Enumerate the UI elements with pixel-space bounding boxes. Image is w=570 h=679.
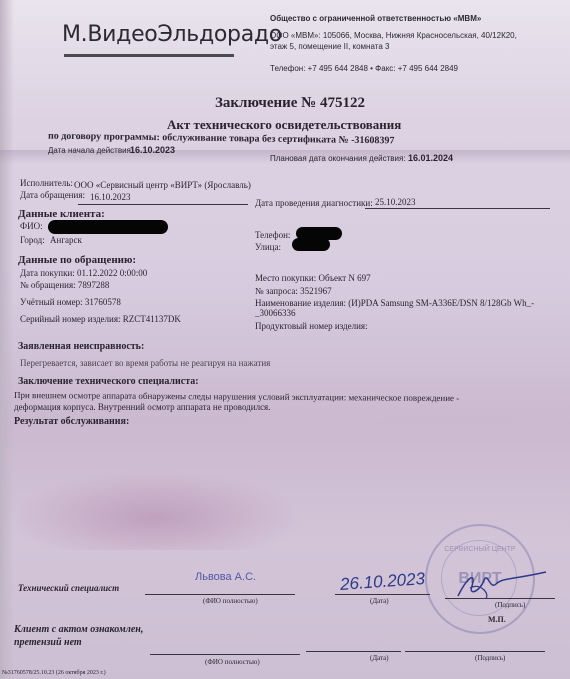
city-value: Ангарск	[50, 235, 82, 245]
query-number: № запроса: 3521967	[255, 286, 332, 296]
executor-label: Исполнитель:	[20, 178, 73, 188]
tech-date-caption: (Дата)	[370, 597, 389, 605]
phone-label: Телефон:	[255, 230, 290, 240]
street-label: Улица:	[255, 242, 281, 252]
defect-text: Перегревается, зависает во время работы …	[20, 358, 270, 368]
tech-date-line	[335, 594, 430, 595]
street-redacted	[292, 238, 330, 251]
end-date-label: Плановая дата окончания действия:	[270, 154, 406, 163]
client-date-line	[306, 651, 401, 652]
stamp-top-text: СЕРВИСНЫЙ ЦЕНТР	[427, 546, 533, 553]
paper-edge-shadow	[0, 0, 14, 679]
purchase-date: Дата покупки: 01.12.2022 0:00:00	[20, 268, 147, 278]
company-logo: М.ВидеоЭльдорадо	[62, 22, 282, 47]
company-name: Общество с ограниченной ответственностью…	[270, 14, 481, 23]
request-date-value: 16.10.2023	[90, 192, 131, 202]
client-fio-line	[150, 654, 300, 655]
client-ack-line2: претензий нет	[14, 637, 82, 648]
footer-reference: №31760578/25.10.23 (26 октября 2023 г.)	[2, 670, 106, 676]
product-name-line1: Наименование изделия: (И)PDA Samsung SM-…	[255, 298, 534, 308]
request-date-label: Дата обращения:	[20, 190, 85, 200]
diag-date-label: Дата проведения диагностики:	[255, 198, 373, 208]
tech-fio-line	[145, 594, 295, 595]
account-number: Учётный номер: 31760578	[20, 297, 121, 307]
company-address-line1: ООО «МВМ»: 105066, Москва, Нижняя Красно…	[270, 31, 517, 40]
request-heading: Данные по обращению:	[18, 254, 136, 266]
executor-value: ООО «Сервисный центр «ВИРТ» (Ярославль)	[74, 180, 251, 190]
purchase-place: Место покупки: Объект N 697	[255, 273, 371, 283]
request-number: № обращения: 7897288	[20, 280, 109, 290]
client-sign-caption: (Подпись)	[475, 654, 505, 662]
tech-specialist-label: Технический специалист	[18, 583, 119, 593]
tech-fio-caption: (ФИО полностью)	[203, 597, 258, 605]
company-contacts: Телефон: +7 495 644 2848 • Факс: +7 495 …	[270, 64, 458, 73]
city-label: Город:	[20, 235, 45, 245]
product-number-label: Продуктовый номер изделия:	[255, 321, 368, 331]
client-ack-line1: Клиент с актом ознакомлен,	[14, 624, 143, 635]
request-date-underline	[78, 204, 248, 205]
tech-date-handwritten: 26.10.2023	[339, 569, 425, 595]
client-fio-caption: (ФИО полностью)	[205, 658, 260, 666]
mp-label: М.П.	[488, 615, 506, 624]
document-photo: М.ВидеоЭльдорадо Общество с ограниченной…	[0, 0, 570, 679]
client-heading: Данные клиента:	[18, 208, 105, 220]
tech-sign-line	[445, 598, 555, 599]
client-sign-line	[405, 651, 545, 652]
serial-number: Серийный номер изделия: RZCT41137DK	[20, 314, 181, 324]
act-title: Акт технического освидетельствования	[167, 117, 401, 133]
tech-sign-caption: (Подпись)	[495, 601, 525, 609]
defect-heading: Заявленная неисправность:	[18, 341, 144, 352]
paper-crease-shadow	[10, 470, 300, 550]
fio-redacted	[48, 220, 168, 234]
specialist-conclusion-heading: Заключение технического специалиста:	[18, 376, 199, 387]
result-heading: Результат обслуживания:	[14, 416, 129, 427]
diag-date-value: 25.10.2023	[375, 197, 416, 207]
fio-label: ФИО:	[20, 221, 43, 231]
diag-date-underline	[365, 208, 550, 209]
product-name-line2: _30066336	[255, 308, 296, 318]
client-date-caption: (Дата)	[370, 654, 389, 662]
company-address-line2: этаж 5, помещение II, комната 3	[270, 42, 389, 51]
start-date-value: 16.10.2023	[130, 145, 175, 155]
end-date-value: 16.01.2024	[408, 153, 453, 163]
start-date-label: Дата начала действия:	[48, 146, 133, 155]
specialist-conclusion-line2: деформация корпуса. Внутренний осмотр ап…	[14, 402, 270, 412]
conclusion-title: Заключение № 475122	[215, 95, 365, 112]
logo-underline	[64, 54, 234, 57]
tech-specialist-name: Львова А.С.	[195, 571, 256, 583]
